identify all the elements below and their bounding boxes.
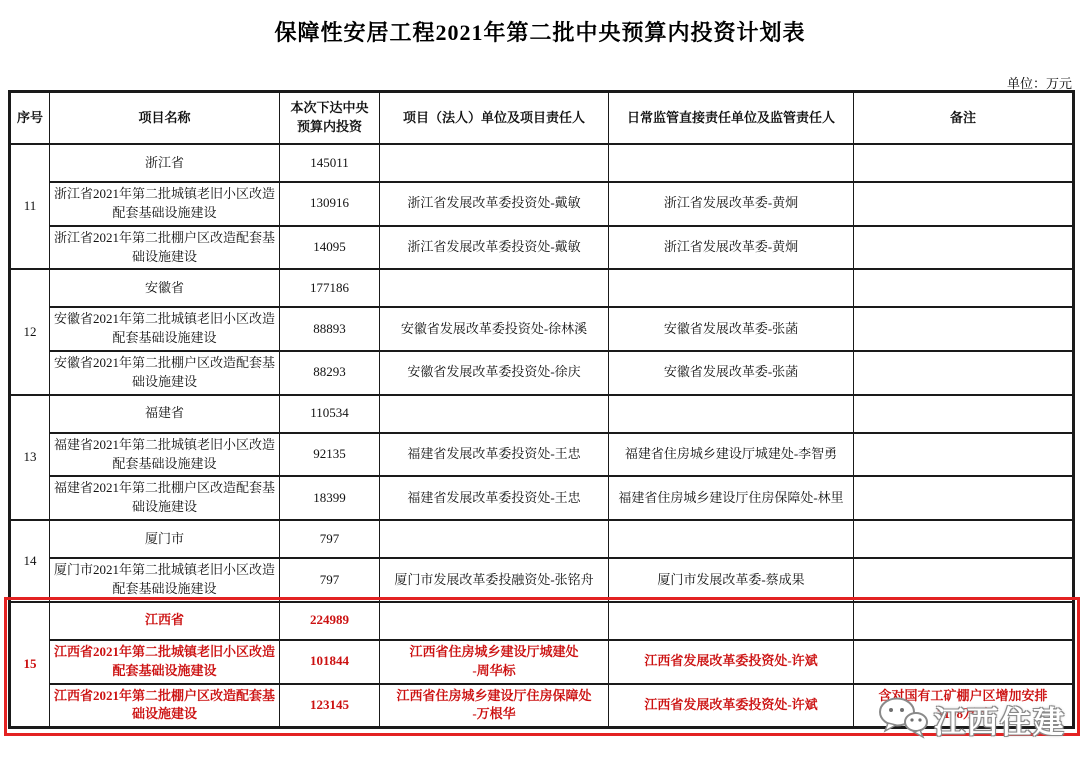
table-row: 14厦门市797	[10, 520, 1074, 558]
project-name-cell: 福建省2021年第二批城镇老旧小区改造配套基础设施建设	[50, 433, 280, 477]
remark-cell	[854, 476, 1074, 520]
project-name-cell: 浙江省	[50, 144, 280, 182]
owner-cell: 安徽省发展改革委投资处-徐庆	[380, 351, 609, 395]
amount-cell: 88893	[280, 307, 380, 351]
table-row: 浙江省2021年第二批城镇老旧小区改造配套基础设施建设130916浙江省发展改革…	[10, 182, 1074, 226]
remark-cell	[854, 269, 1074, 307]
owner-cell	[380, 395, 609, 433]
owner-cell	[380, 144, 609, 182]
table-row: 15江西省224989	[10, 602, 1074, 640]
remark-cell	[854, 640, 1074, 684]
project-name-cell: 安徽省	[50, 269, 280, 307]
project-name-cell: 厦门市	[50, 520, 280, 558]
page-title: 保障性安居工程2021年第二批中央预算内投资计划表	[0, 16, 1080, 47]
project-name-cell: 江西省	[50, 602, 280, 640]
owner-cell	[380, 269, 609, 307]
supervisor-cell	[609, 520, 854, 558]
owner-cell: 江西省住房城乡建设厅住房保障处 -万根华	[380, 684, 609, 728]
supervisor-cell: 江西省发展改革委投资处-许斌	[609, 684, 854, 728]
supervisor-cell	[609, 602, 854, 640]
column-header-3: 项目（法人）单位及项目责任人	[380, 92, 609, 145]
serial-cell: 13	[10, 395, 50, 520]
amount-cell: 110534	[280, 395, 380, 433]
supervisor-cell	[609, 269, 854, 307]
column-header-5: 备注	[854, 92, 1074, 145]
supervisor-cell: 福建省住房城乡建设厅城建处-李智勇	[609, 433, 854, 477]
column-header-0: 序号	[10, 92, 50, 145]
amount-cell: 224989	[280, 602, 380, 640]
document-page: 保障性安居工程2021年第二批中央预算内投资计划表 单位：万元 序号项目名称本次…	[0, 0, 1080, 765]
table-row: 11浙江省145011	[10, 144, 1074, 182]
watermark: 江西住建	[876, 694, 1066, 745]
table-row: 13福建省110534	[10, 395, 1074, 433]
supervisor-cell: 厦门市发展改革委-蔡成果	[609, 558, 854, 602]
supervisor-cell	[609, 144, 854, 182]
table-row: 福建省2021年第二批棚户区改造配套基础设施建设18399福建省发展改革委投资处…	[10, 476, 1074, 520]
owner-cell	[380, 602, 609, 640]
supervisor-cell: 福建省住房城乡建设厅住房保障处-林里	[609, 476, 854, 520]
supervisor-cell: 浙江省发展改革委-黄炯	[609, 182, 854, 226]
project-name-cell: 江西省2021年第二批城镇老旧小区改造配套基础设施建设	[50, 640, 280, 684]
serial-cell: 11	[10, 144, 50, 269]
project-name-cell: 浙江省2021年第二批棚户区改造配套基础设施建设	[50, 226, 280, 270]
remark-cell	[854, 558, 1074, 602]
amount-cell: 101844	[280, 640, 380, 684]
amount-cell: 797	[280, 520, 380, 558]
supervisor-cell: 浙江省发展改革委-黄炯	[609, 226, 854, 270]
project-name-cell: 厦门市2021年第二批城镇老旧小区改造配套基础设施建设	[50, 558, 280, 602]
amount-cell: 797	[280, 558, 380, 602]
remark-cell	[854, 144, 1074, 182]
table-row: 厦门市2021年第二批城镇老旧小区改造配套基础设施建设797厦门市发展改革委投融…	[10, 558, 1074, 602]
serial-cell: 12	[10, 269, 50, 394]
remark-cell	[854, 433, 1074, 477]
project-name-cell: 福建省	[50, 395, 280, 433]
remark-cell	[854, 182, 1074, 226]
remark-cell	[854, 226, 1074, 270]
owner-cell: 江西省住房城乡建设厅城建处 -周华标	[380, 640, 609, 684]
investment-table: 序号项目名称本次下达中央 预算内投资项目（法人）单位及项目责任人日常监管直接责任…	[8, 90, 1075, 729]
owner-cell: 厦门市发展改革委投融资处-张铭舟	[380, 558, 609, 602]
owner-cell: 福建省发展改革委投资处-王忠	[380, 476, 609, 520]
watermark-text: 江西住建	[934, 697, 1066, 742]
table-row: 浙江省2021年第二批棚户区改造配套基础设施建设14095浙江省发展改革委投资处…	[10, 226, 1074, 270]
remark-cell	[854, 520, 1074, 558]
header-row: 序号项目名称本次下达中央 预算内投资项目（法人）单位及项目责任人日常监管直接责任…	[10, 92, 1074, 145]
owner-cell	[380, 520, 609, 558]
owner-cell: 安徽省发展改革委投资处-徐林溪	[380, 307, 609, 351]
supervisor-cell: 江西省发展改革委投资处-许斌	[609, 640, 854, 684]
table-body: 11浙江省145011浙江省2021年第二批城镇老旧小区改造配套基础设施建设13…	[10, 144, 1074, 728]
amount-cell: 92135	[280, 433, 380, 477]
project-name-cell: 浙江省2021年第二批城镇老旧小区改造配套基础设施建设	[50, 182, 280, 226]
table-row: 安徽省2021年第二批城镇老旧小区改造配套基础设施建设88893安徽省发展改革委…	[10, 307, 1074, 351]
project-name-cell: 江西省2021年第二批棚户区改造配套基础设施建设	[50, 684, 280, 728]
project-name-cell: 福建省2021年第二批棚户区改造配套基础设施建设	[50, 476, 280, 520]
table-row: 12安徽省177186	[10, 269, 1074, 307]
amount-cell: 145011	[280, 144, 380, 182]
owner-cell: 福建省发展改革委投资处-王忠	[380, 433, 609, 477]
amount-cell: 18399	[280, 476, 380, 520]
project-name-cell: 安徽省2021年第二批棚户区改造配套基础设施建设	[50, 351, 280, 395]
amount-cell: 177186	[280, 269, 380, 307]
table-row: 江西省2021年第二批城镇老旧小区改造配套基础设施建设101844江西省住房城乡…	[10, 640, 1074, 684]
amount-cell: 130916	[280, 182, 380, 226]
amount-cell: 123145	[280, 684, 380, 728]
owner-cell: 浙江省发展改革委投资处-戴敏	[380, 182, 609, 226]
owner-cell: 浙江省发展改革委投资处-戴敏	[380, 226, 609, 270]
supervisor-cell: 安徽省发展改革委-张菡	[609, 307, 854, 351]
remark-cell	[854, 602, 1074, 640]
wechat-bubbles-icon	[876, 694, 930, 745]
remark-cell	[854, 395, 1074, 433]
project-name-cell: 安徽省2021年第二批城镇老旧小区改造配套基础设施建设	[50, 307, 280, 351]
column-header-4: 日常监管直接责任单位及监管责任人	[609, 92, 854, 145]
amount-cell: 88293	[280, 351, 380, 395]
column-header-2: 本次下达中央 预算内投资	[280, 92, 380, 145]
column-header-1: 项目名称	[50, 92, 280, 145]
table-row: 安徽省2021年第二批棚户区改造配套基础设施建设88293安徽省发展改革委投资处…	[10, 351, 1074, 395]
remark-cell	[854, 307, 1074, 351]
remark-cell	[854, 351, 1074, 395]
supervisor-cell	[609, 395, 854, 433]
table-row: 福建省2021年第二批城镇老旧小区改造配套基础设施建设92135福建省发展改革委…	[10, 433, 1074, 477]
amount-cell: 14095	[280, 226, 380, 270]
supervisor-cell: 安徽省发展改革委-张菡	[609, 351, 854, 395]
serial-cell: 15	[10, 602, 50, 728]
serial-cell: 14	[10, 520, 50, 602]
